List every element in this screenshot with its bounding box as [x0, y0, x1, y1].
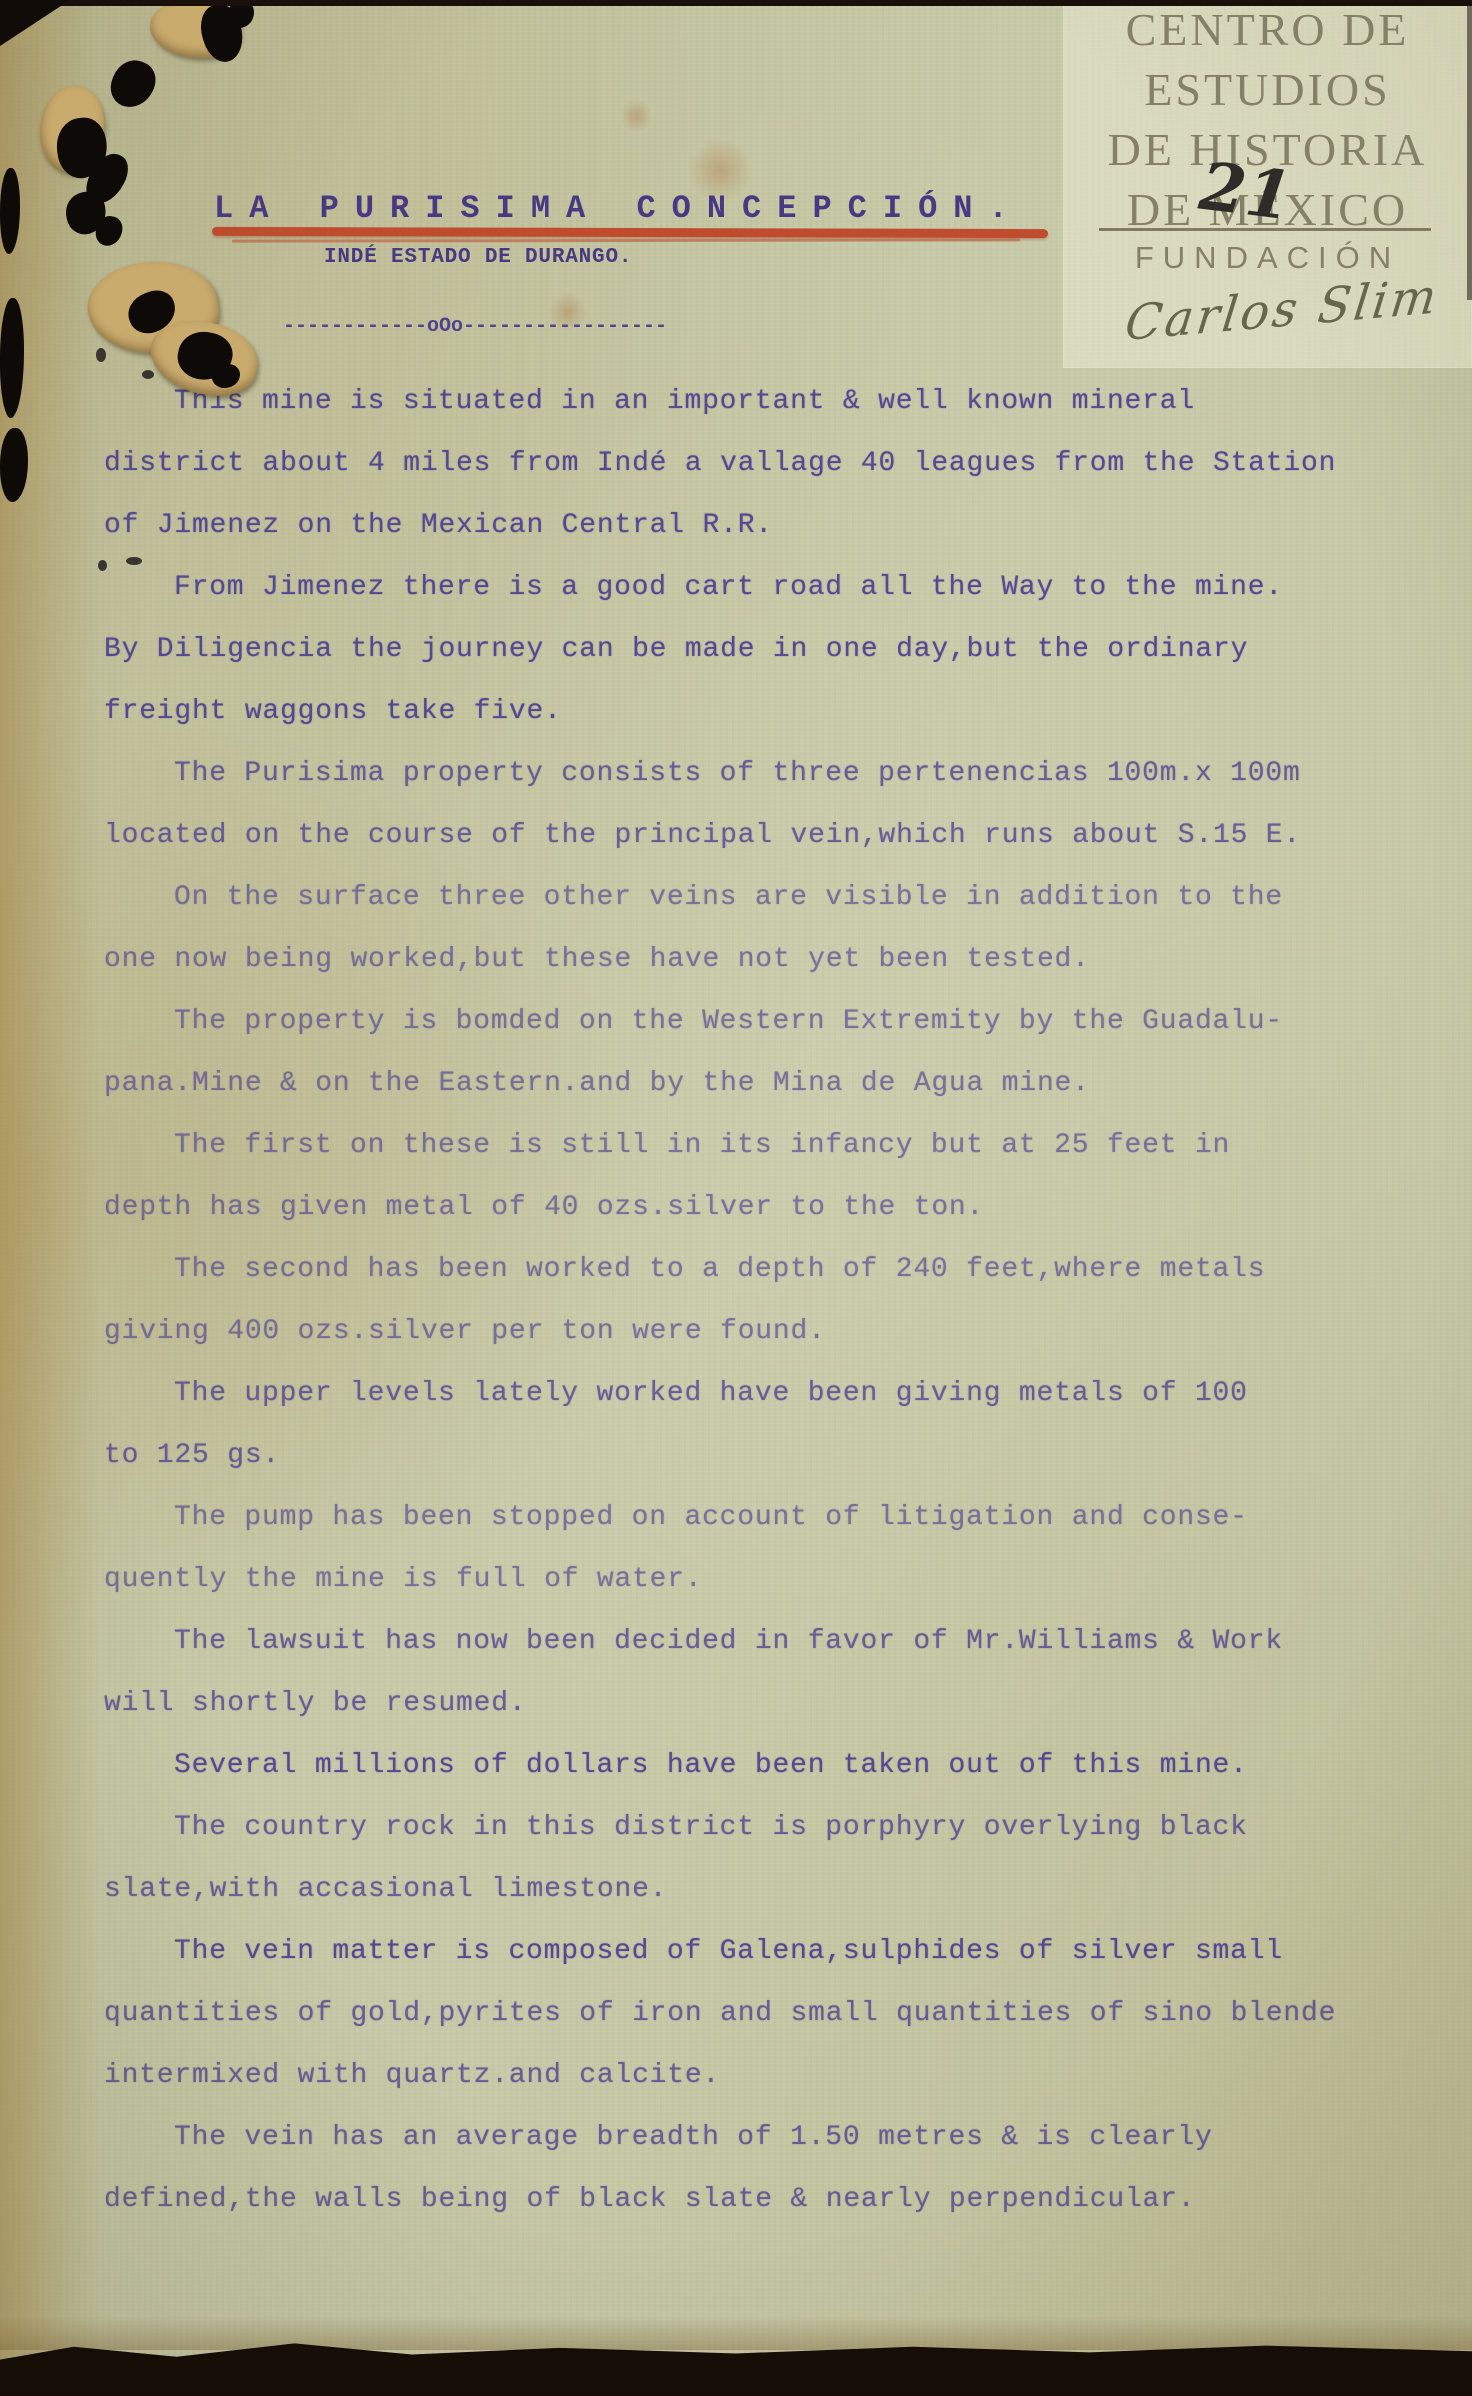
- typed-line: Several millions of dollars have been ta…: [104, 1735, 1464, 1797]
- typed-line: The first on these is still in its infan…: [104, 1115, 1464, 1177]
- typed-line: defined,the walls being of black slate &…: [104, 2169, 1464, 2231]
- typed-line: located on the course of the principal v…: [104, 805, 1464, 867]
- typed-line: This mine is situated in an important & …: [104, 371, 1464, 433]
- typed-line: The second has been worked to a depth of…: [104, 1239, 1464, 1301]
- typed-line: intermixed with quartz.and calcite.: [104, 2045, 1464, 2107]
- typed-line: depth has given metal of 40 ozs.silver t…: [104, 1177, 1464, 1239]
- watermark-line: ESTUDIOS: [1063, 60, 1472, 120]
- page-edge-top: [0, 0, 1472, 6]
- typed-line: The country rock in this district is por…: [104, 1797, 1464, 1859]
- document-page: LA PURISIMA CONCEPCIÓN. INDÉ ESTADO DE D…: [0, 0, 1472, 2396]
- typed-line: The pump has been stopped on account of …: [104, 1487, 1464, 1549]
- typed-line: to 125 gs.: [104, 1425, 1464, 1487]
- watermark-line: CENTRO DE: [1063, 0, 1472, 60]
- ink-speck: [142, 370, 154, 379]
- paper-tear-hole: [105, 54, 162, 114]
- typed-line: district about 4 miles from Indé a valla…: [104, 433, 1464, 495]
- typed-line: On the surface three other veins are vis…: [104, 867, 1464, 929]
- typed-line: quently the mine is full of water.: [104, 1549, 1464, 1611]
- document-title: LA PURISIMA CONCEPCIÓN.: [214, 190, 1024, 227]
- typed-line: By Diligencia the journey can be made in…: [104, 619, 1464, 681]
- title-underline-stroke: [232, 238, 1020, 242]
- typed-line: will shortly be resumed.: [104, 1673, 1464, 1735]
- typed-line: one now being worked,but these have not …: [104, 929, 1464, 991]
- typed-line: The vein has an average breadth of 1.50 …: [104, 2107, 1464, 2169]
- typed-line: quantities of gold,pyrites of iron and s…: [104, 1983, 1464, 2045]
- page-edge-bottom-shadow: [0, 2316, 1472, 2350]
- page-edge-right: [1467, 0, 1472, 300]
- handwritten-page-number: 21: [1196, 147, 1297, 236]
- title-underline: [212, 227, 1048, 238]
- ink-speck: [98, 560, 107, 571]
- document-subtitle: INDÉ ESTADO DE DURANGO.: [324, 246, 632, 269]
- ink-speck: [96, 348, 106, 362]
- stain: [620, 100, 652, 132]
- typed-line: of Jimenez on the Mexican Central R.R.: [104, 495, 1464, 557]
- typed-line: giving 400 ozs.silver per ton were found…: [104, 1301, 1464, 1363]
- typed-line: The Purisima property consists of three …: [104, 743, 1464, 805]
- typed-line: freight waggons take five.: [104, 681, 1464, 743]
- document-body: This mine is situated in an important & …: [104, 371, 1464, 2231]
- typed-line: slate,with accasional limestone.: [104, 1859, 1464, 1921]
- typed-line: The vein matter is composed of Galena,su…: [104, 1921, 1464, 1983]
- typed-line: The lawsuit has now been decided in favo…: [104, 1611, 1464, 1673]
- typed-line: The upper levels lately worked have been…: [104, 1363, 1464, 1425]
- typed-line: pana.Mine & on the Eastern.and by the Mi…: [104, 1053, 1464, 1115]
- typed-line: The property is bomded on the Western Ex…: [104, 991, 1464, 1053]
- ink-speck: [126, 557, 142, 565]
- watermark-signature: Carlos Slim: [1122, 268, 1442, 352]
- section-divider: ------------oOo-----------------: [283, 315, 667, 338]
- typed-line: From Jimenez there is a good cart road a…: [104, 557, 1464, 619]
